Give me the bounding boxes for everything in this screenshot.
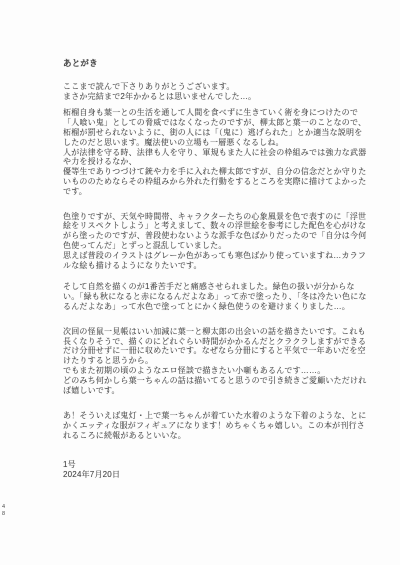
- paragraph-coloring: 色塗りですが、天気や時間帯、キャラクターたちの心象風景を色で表すのに「浮世 絵を…: [63, 212, 373, 271]
- paragraph-thanks: ここまで読んで下さりありがとうございます。 まさか完結まで2年かかるとは思いませ…: [63, 82, 373, 102]
- paragraph-nature-drawing: そして自然を描くのが1番苦手だと痛感させられました。緑色の扱いが分からな い。「…: [63, 282, 373, 311]
- paragraph-figure-news: あ！そういえば鬼灯・上で葉一ちゃんが着ていた水着のような下着のような、とに かく…: [63, 411, 373, 440]
- afterword-text-block: あとがき ここまで読んで下さりありがとうございます。 まさか完結まで2年かかると…: [63, 59, 373, 479]
- paragraph-story-notes: 柘榴自身も葉一との生活を通して人間を食べずに生きていく術を身につけたので 「人喰…: [63, 108, 373, 196]
- afterword-page: あとがき ここまで読んで下さりありがとうございます。 まさか完結まで2年かかると…: [0, 0, 400, 565]
- paragraph-next-volume: 次回の怪鼠一見帳はいい加減に葉一と柳太郎の出会いの話を描きたいです。これも 長く…: [63, 327, 373, 396]
- page-title: あとがき: [63, 59, 373, 69]
- page-number: 4 8: [2, 504, 10, 518]
- signature-and-date: 1号 2024年7月20日: [63, 460, 373, 480]
